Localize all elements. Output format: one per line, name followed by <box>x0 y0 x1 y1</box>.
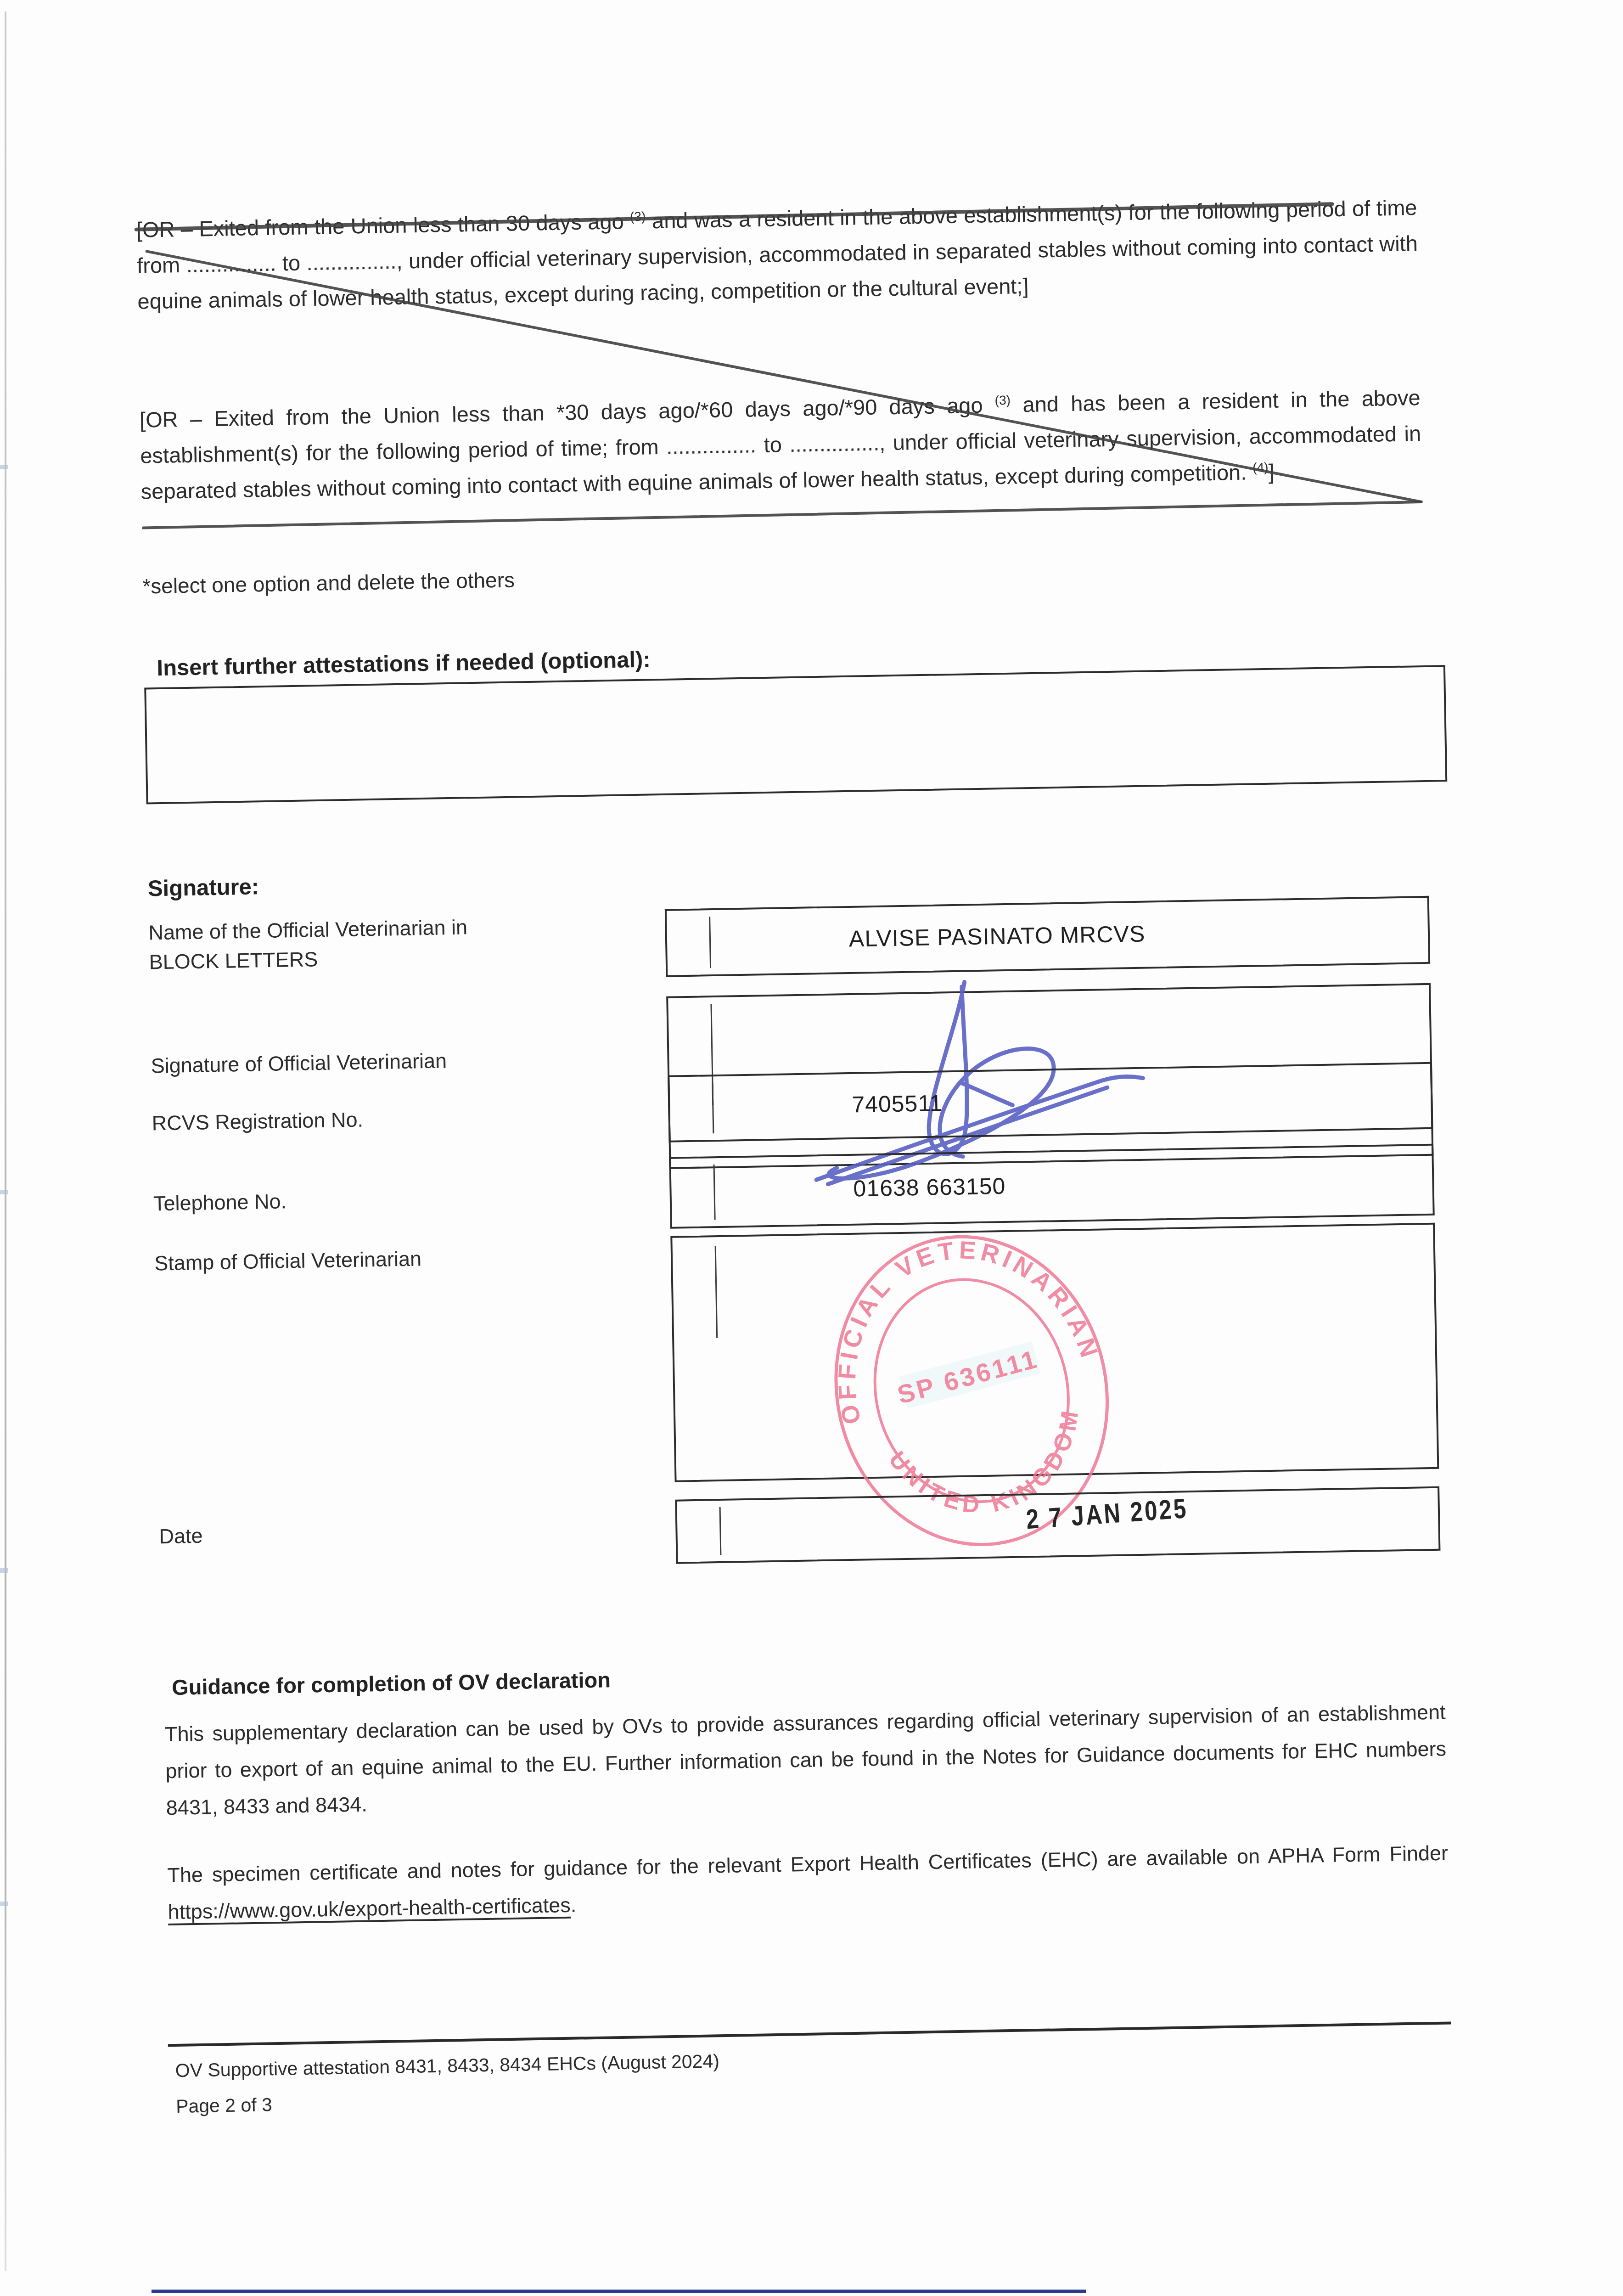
rcvs-field-label: RCVS Registration No. <box>152 1100 648 1138</box>
specimen-text-end: . <box>570 1893 576 1917</box>
bottom-scan-line <box>152 2290 1086 2293</box>
specimen-paragraph: The specimen certificate and notes for g… <box>167 1835 1449 1930</box>
name-field-label: Name of the Official Veterinarian in BLO… <box>148 910 645 977</box>
cell-divider <box>713 1165 716 1220</box>
footer-rule <box>168 2021 1451 2047</box>
name-field-box[interactable]: ALVISE PASINATO MRCVS <box>665 896 1430 977</box>
date-field-label: Date <box>159 1513 655 1551</box>
svg-text:SP 636111: SP 636111 <box>894 1344 1042 1409</box>
cell-divider <box>712 1083 714 1133</box>
telephone-field-box[interactable]: 01638 663150 <box>669 1144 1434 1229</box>
specimen-text: The specimen certificate and notes for g… <box>167 1841 1448 1887</box>
cell-divider <box>719 1507 722 1555</box>
date-field-box[interactable]: 2 7 JAN 2025 <box>675 1486 1440 1564</box>
footer-page-number: Page 2 of 3 <box>176 2090 273 2121</box>
rcvs-field-value: 7405511 <box>852 1090 943 1118</box>
signature-section-heading: Signature: <box>147 874 259 901</box>
further-attestations-heading: Insert further attestations if needed (o… <box>157 647 651 681</box>
svg-text:OFFICIAL VETERINARIAN: OFFICIAL VETERINARIAN <box>810 1222 1105 1428</box>
date-stamp-value: 2 7 JAN 2025 <box>1025 1492 1189 1535</box>
cell-divider <box>709 917 711 968</box>
strikethrough-overlay <box>0 0 1615 645</box>
stamp-field-label: Stamp of Official Veterinarian <box>154 1240 669 1278</box>
further-attestations-box[interactable] <box>144 665 1447 804</box>
guidance-body: This supplementary declaration can be us… <box>164 1694 1447 1826</box>
name-field-value: ALVISE PASINATO MRCVS <box>849 920 1146 952</box>
scan-edge-mark <box>0 1568 8 1573</box>
form-finder-link: https://www.gov.uk/export-health-certifi… <box>168 1893 571 1924</box>
footer-document-title: OV Supportive attestation 8431, 8433, 84… <box>175 2046 719 2085</box>
telephone-field-value: 01638 663150 <box>853 1173 1006 1202</box>
cell-divider <box>715 1246 718 1338</box>
signature-field-label: Signature of Official Veterinarian <box>151 1043 647 1081</box>
scanned-document-page: [OR – Exited from the Union less than 30… <box>0 0 1623 2296</box>
telephone-field-label: Telephone No. <box>153 1181 649 1219</box>
rcvs-field-box[interactable]: 7405511 <box>668 1062 1433 1142</box>
scan-edge-mark <box>0 1902 8 1906</box>
guidance-heading: Guidance for completion of OV declaratio… <box>172 1667 611 1700</box>
